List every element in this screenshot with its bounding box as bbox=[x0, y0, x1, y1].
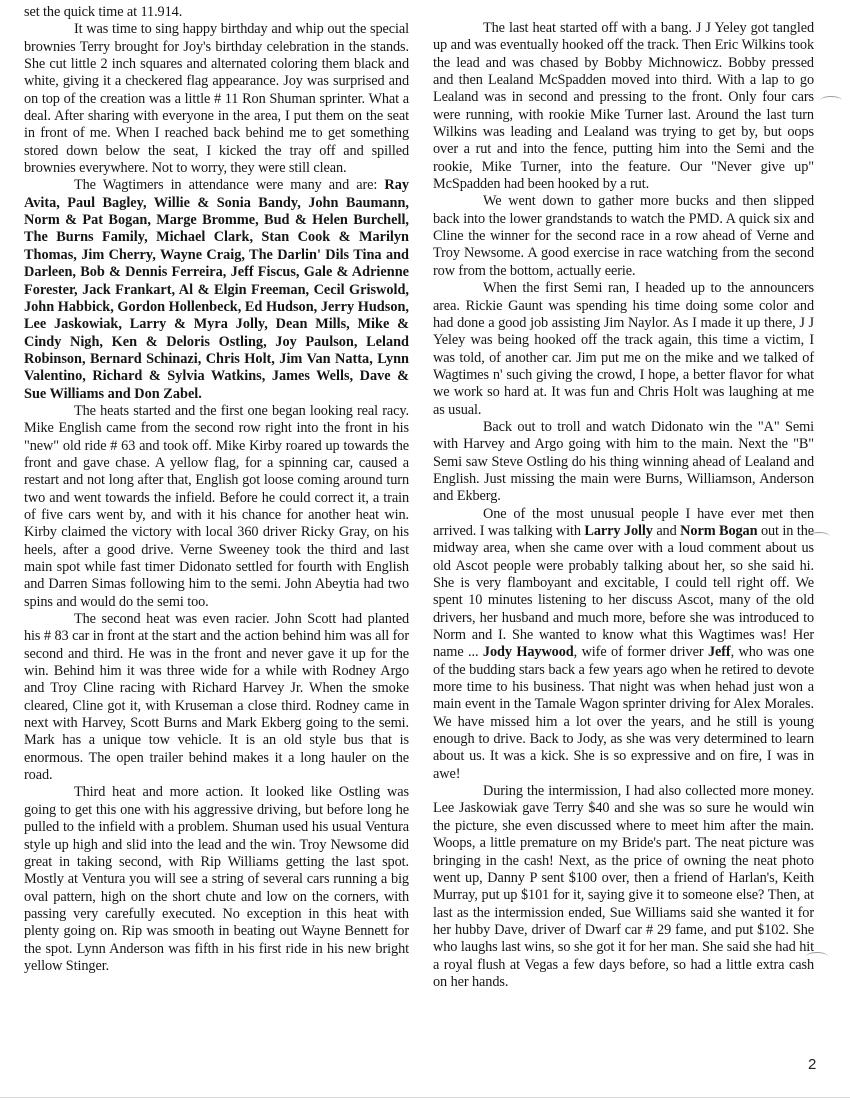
paragraph-second-heat: The second heat was even racier. John Sc… bbox=[24, 611, 409, 784]
paragraph-third-heat: Third heat and more action. It looked li… bbox=[24, 784, 409, 975]
attendance-intro: The Wagtimers in attendance were many an… bbox=[74, 177, 384, 193]
attendee-names: Ray Avita, Paul Bagley, Willie & Sonia B… bbox=[24, 177, 409, 401]
paragraph-pmd-race: We went down to gather more bucks and th… bbox=[433, 193, 814, 280]
text-run: and bbox=[653, 523, 680, 539]
paragraph-quick-time: set the quick time at 11.914. bbox=[24, 4, 409, 21]
name-jody-haywood: Jody Haywood bbox=[483, 644, 574, 660]
scan-artifact bbox=[808, 532, 830, 541]
paragraph-last-heat: The last heat started off with a bang. J… bbox=[433, 20, 814, 193]
paragraph-birthday-brownies: It was time to sing happy birthday and w… bbox=[24, 21, 409, 177]
paragraph-intermission-money: During the intermission, I had also coll… bbox=[433, 783, 814, 991]
paragraph-announcers-area: When the first Semi ran, I headed up to … bbox=[433, 280, 814, 419]
paragraph-semis: Back out to troll and watch Didonato win… bbox=[433, 419, 814, 506]
text-run: out in the midway area, when she came ov… bbox=[433, 523, 814, 660]
name-jeff: Jeff bbox=[708, 644, 731, 660]
left-column: set the quick time at 11.914. It was tim… bbox=[24, 4, 409, 975]
paragraph-first-heat: The heats started and the first one bega… bbox=[24, 403, 409, 611]
scan-artifact bbox=[806, 952, 828, 961]
text-run: , who was one of the budding stars back … bbox=[433, 644, 814, 781]
paragraph-wagtimers-attendance: The Wagtimers in attendance were many an… bbox=[24, 177, 409, 402]
text-run: , wife of former driver bbox=[574, 644, 708, 660]
scan-artifact bbox=[820, 96, 842, 105]
name-larry-jolly: Larry Jolly bbox=[584, 523, 652, 539]
bottom-edge-line bbox=[0, 1097, 850, 1098]
right-column: The last heat started off with a bang. J… bbox=[433, 20, 814, 991]
paragraph-jody-haywood: One of the most unusual people I have ev… bbox=[433, 506, 814, 784]
page-number: 2 bbox=[808, 1056, 816, 1073]
name-norm-bogan: Norm Bogan bbox=[680, 523, 757, 539]
newsletter-page: set the quick time at 11.914. It was tim… bbox=[0, 0, 850, 1100]
